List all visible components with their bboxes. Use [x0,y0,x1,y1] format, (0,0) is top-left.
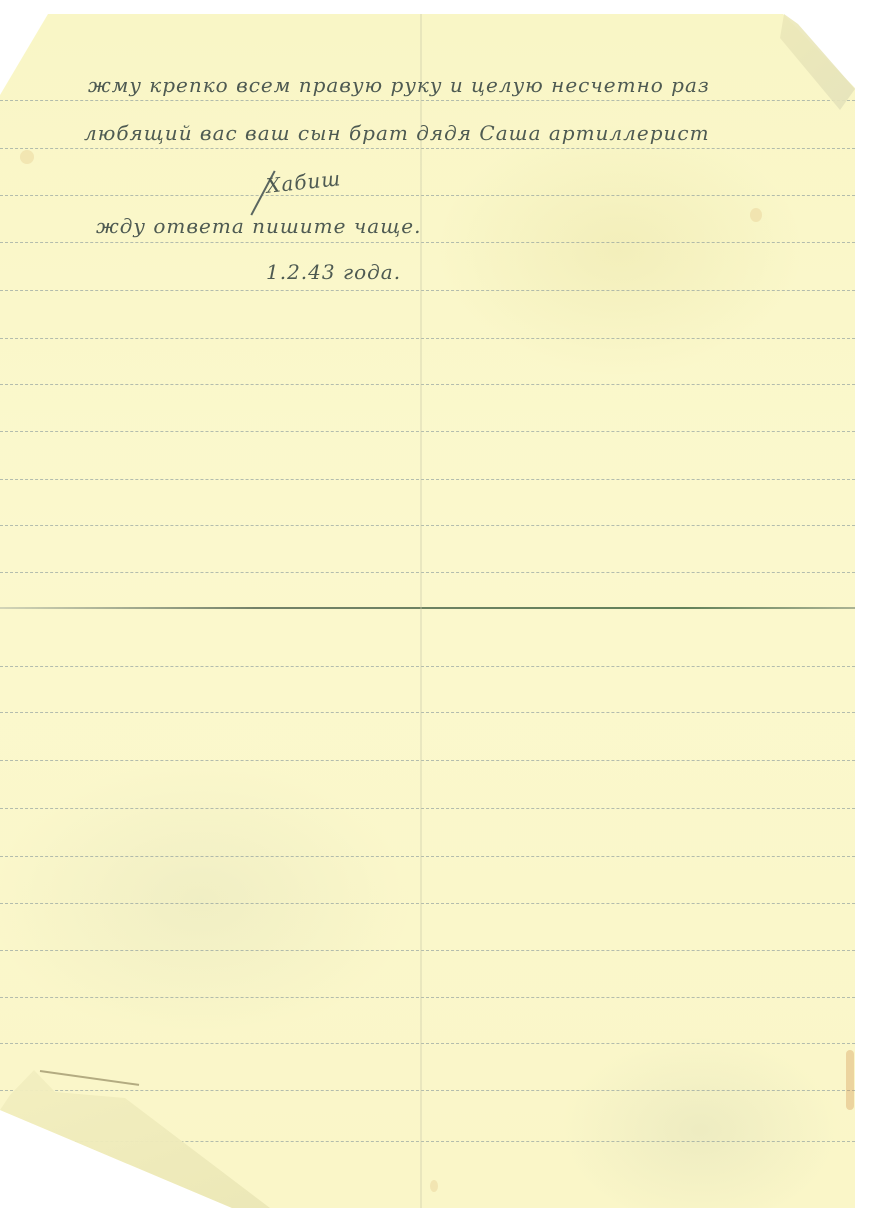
paper-stain [750,208,762,222]
ruled-line [0,479,855,480]
ruled-line [0,525,855,526]
horizontal-fold-crease [0,607,855,609]
ruled-line [0,242,855,243]
ruled-line [0,290,855,291]
ruled-line [0,148,855,149]
letter-line-2: любящий вас ваш сын брат дядя Саша артил… [84,121,710,145]
ruled-line [0,666,855,667]
ruled-line [0,195,855,196]
paper-stain [846,1050,854,1110]
ruled-line [0,712,855,713]
letter-line-3: жду ответа пишите чаще. [96,214,421,238]
letter-line-1: жму крепко всем правую руку и целую несч… [88,73,710,97]
letter-date: 1.2.43 года. [266,260,401,284]
ruled-line [0,100,855,101]
letter-page: жму крепко всем правую руку и целую несч… [0,0,869,1208]
ruled-line [0,808,855,809]
ruled-line [0,903,855,904]
paper-sheet: жму крепко всем правую руку и целую несч… [0,0,869,1208]
ruled-line [0,1090,855,1091]
ruled-line [0,760,855,761]
ruled-line [0,1043,855,1044]
ruled-line [0,572,855,573]
vertical-fold-crease [420,14,422,1208]
ruled-line [0,431,855,432]
paper-stain [20,150,34,164]
signature: Хабиш [265,166,342,198]
ruled-line [0,856,855,857]
ruled-line [0,338,855,339]
ruled-line [0,384,855,385]
ruled-line [0,997,855,998]
ruled-line [0,950,855,951]
paper-stain [430,1180,438,1192]
